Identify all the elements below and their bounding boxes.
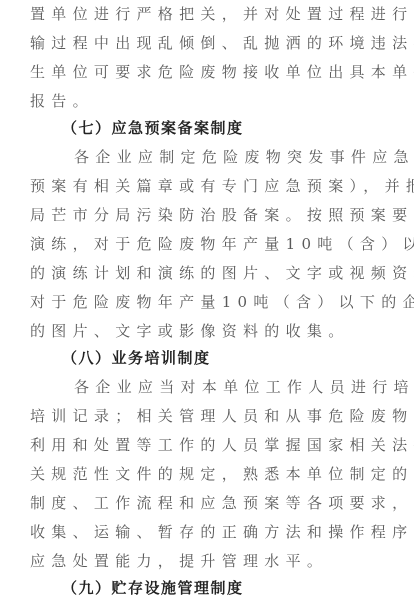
body-line: 生单位可要求危险废物接收单位出具本单位的危险废物处置	[30, 61, 384, 83]
body-line: 局芒市分局污染防治股备案。按照预案要求，每年组织应急	[30, 204, 384, 226]
section-heading-7: （七）应急预案备案制度	[62, 117, 382, 139]
body-line: 培训记录；相关管理人员和从事危险废物收集、运输、暂存、	[30, 405, 384, 427]
body-line: 收集、运输、暂存的正确方法和操作程序，提高安全防护和	[30, 521, 384, 543]
body-line: 报告。	[30, 90, 384, 112]
body-line: 制度、工作流程和应急预案等各项要求，掌握危险废物分类	[30, 492, 384, 514]
body-line: 关规范性文件的规定，熟悉本单位制定的危险废物管理规章	[30, 463, 384, 485]
body-line: 利用和处置等工作的人员掌握国家相关法律法规、规章和有	[30, 434, 384, 456]
body-line: 对于危险废物年产量10吨（含）以下的企业应做好应急演练	[30, 291, 384, 313]
section-heading-9: （九）贮存设施管理制度	[62, 577, 382, 599]
body-line: 演练，对于危险废物年产量10吨（含）以上的企业应有详细	[30, 233, 384, 255]
body-line: 的图片、文字或影像资料的收集。	[30, 320, 384, 342]
body-line: 应急处置能力，提升管理水平。	[30, 550, 384, 572]
document-page: 置单位进行严格把关，并对处置过程进行跟踪管理，防止运 输过程中出现乱倾倒、乱抛洒…	[0, 0, 414, 600]
body-line: 置单位进行严格把关，并对处置过程进行跟踪管理，防止运	[30, 3, 384, 25]
section-heading-8: （八）业务培训制度	[62, 347, 382, 369]
paragraph-first-line: 各企业应制定危险废物突发事件应急预案（综合性应急	[74, 146, 384, 168]
paragraph-first-line: 各企业应当对本单位工作人员进行培训，并做好相应的	[74, 376, 384, 398]
body-line: 输过程中出现乱倾倒、乱抛洒的环境违法行为。危险废物产	[30, 32, 384, 54]
body-line: 的演练计划和演练的图片、文字或视频资料以及总结材料等，	[30, 262, 384, 284]
body-line: 预案有相关篇章或有专门应急预案），并报德宏州生态环境	[30, 175, 384, 197]
